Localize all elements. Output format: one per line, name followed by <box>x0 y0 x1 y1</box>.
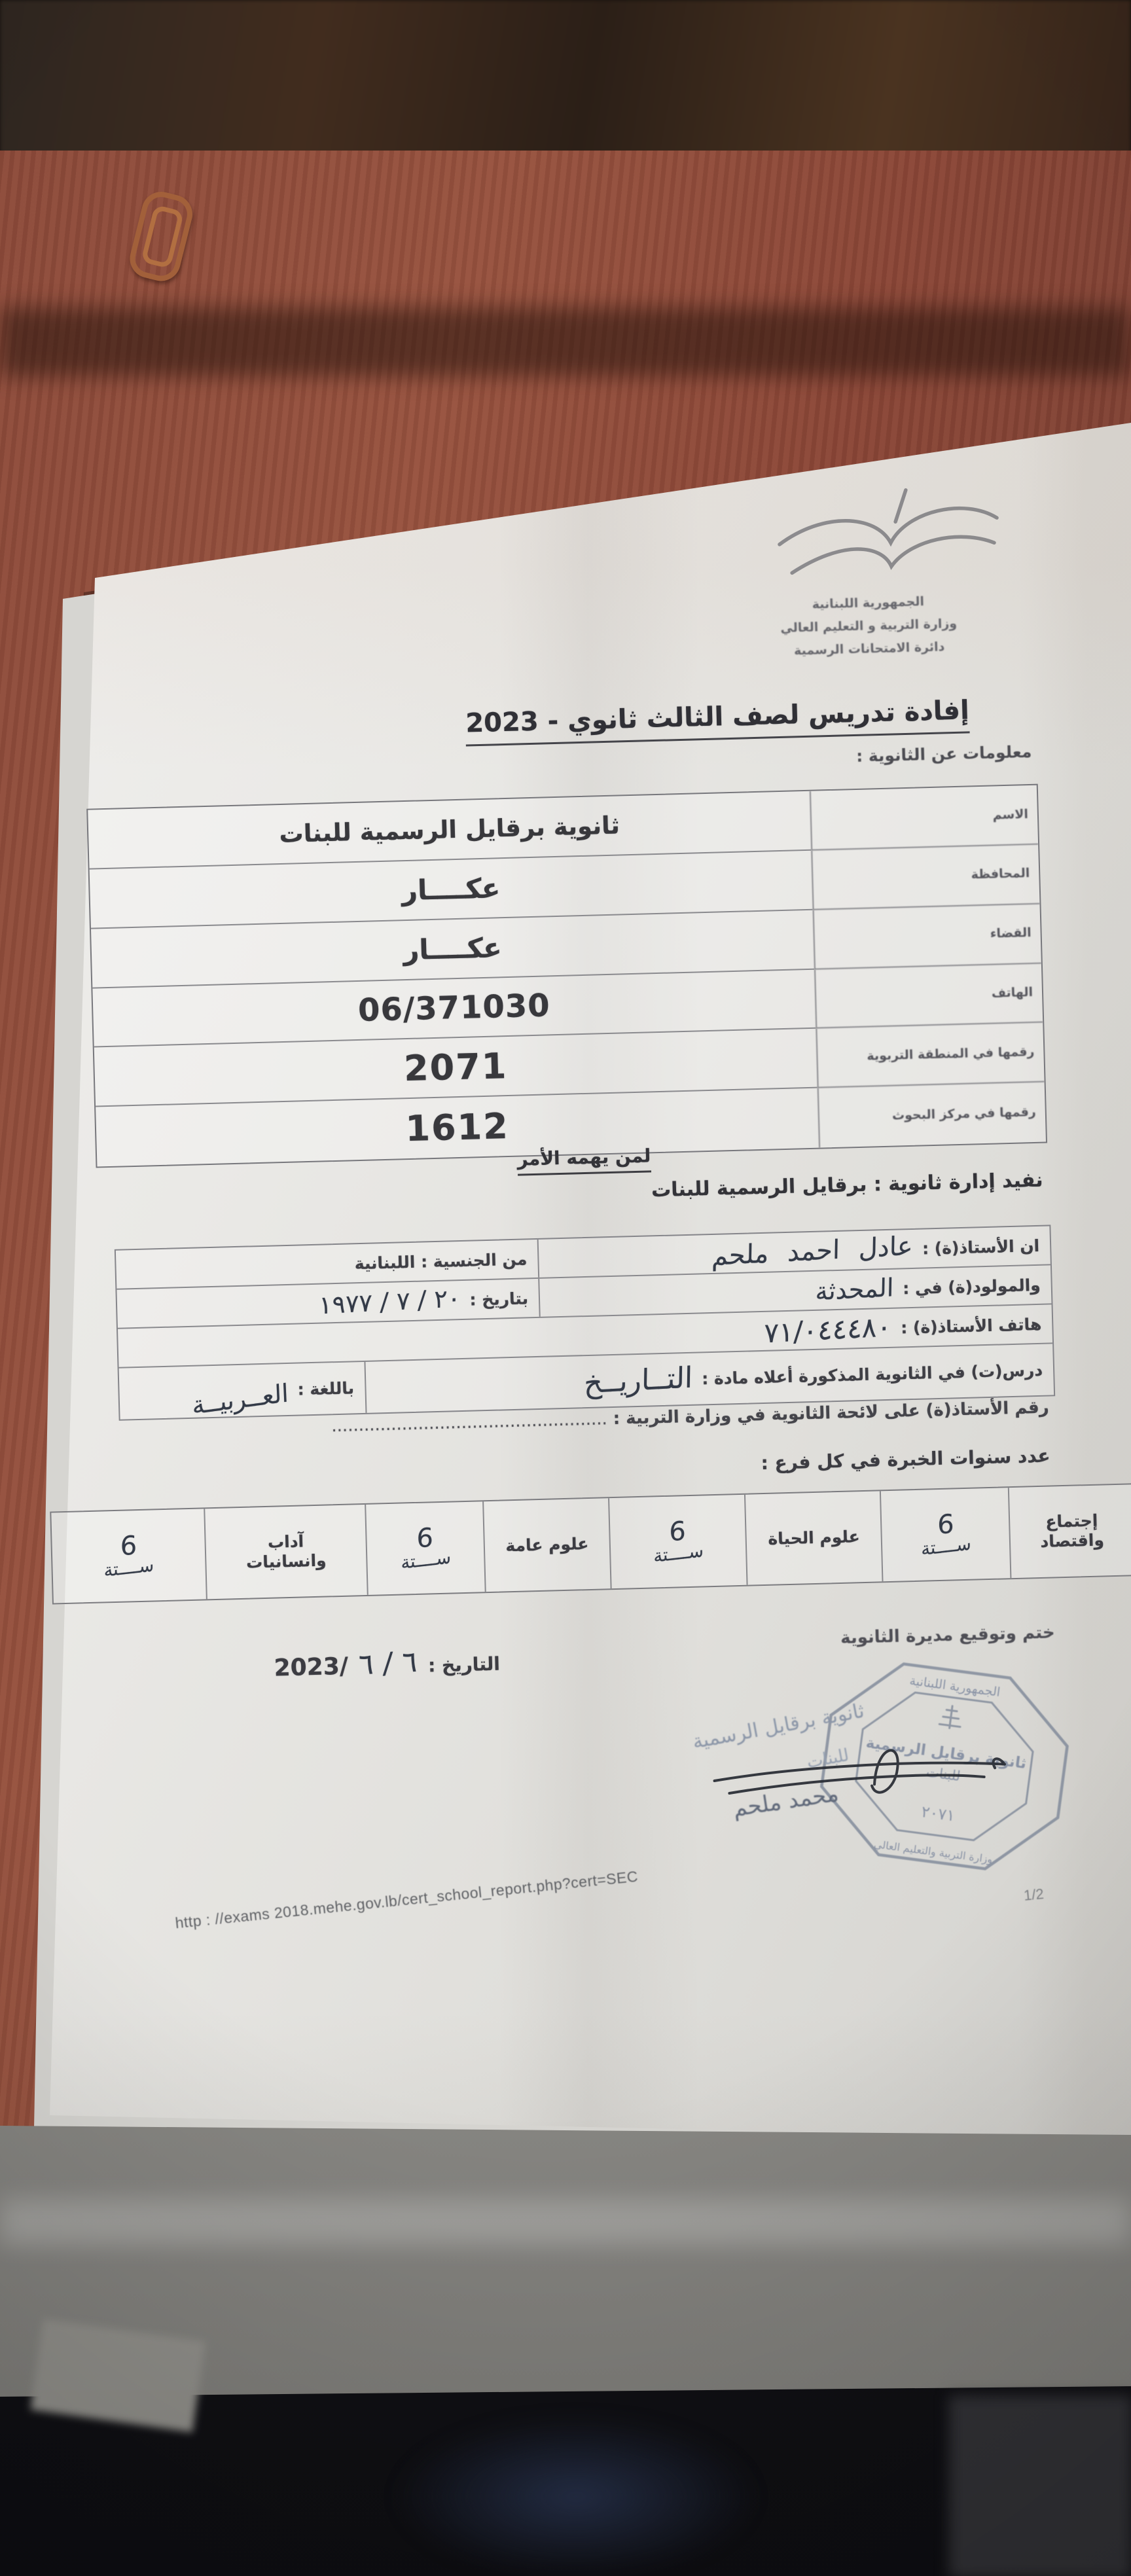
date-label: التاريخ : <box>428 1653 501 1677</box>
background-top <box>0 0 1131 173</box>
school-row-label: رقمها في مركز البحوث <box>817 1082 1046 1148</box>
teacher-subject-label: درس(ت) في الثانوية المذكورة أعلاه مادة : <box>702 1360 1043 1388</box>
teacher-language-label: باللغة : <box>297 1378 354 1399</box>
school-row-label: القضاء <box>813 904 1041 969</box>
document-title: إفادة تدريس لصف الثالث ثانوي - 2023 <box>465 695 970 746</box>
date-year: /2023 <box>274 1653 348 1682</box>
school-info-table: الاسم ثانوية برقايل الرسمية للبنات المحا… <box>86 784 1047 1168</box>
experience-years-word: ســــتة <box>921 1533 971 1560</box>
stamp-republic-text: الجمهورية اللبنانية <box>908 1673 1001 1700</box>
document-content: الجمهورية اللبنانية وزارة التربية و التع… <box>19 392 1131 2004</box>
teacher-birthplace-handwriting: المحدثة <box>815 1273 893 1306</box>
experience-years-word: ســــتة <box>104 1554 154 1581</box>
teacher-birthplace-label: والمولود(ة) في : <box>903 1275 1041 1298</box>
experience-branch: إجتماع واقتصاد <box>1039 1511 1104 1552</box>
experience-years-digit: 6 <box>120 1533 137 1558</box>
background-blue-fabric <box>393 2415 759 2576</box>
plastic-folder-sheen <box>0 2199 1131 2245</box>
teacher-birthdate-handwriting: ٢٠ / ٧ / ١٩٧٧ <box>318 1283 461 1319</box>
teacher-birthdate-label: بتاريخ : <box>469 1289 528 1309</box>
experience-years-digit: 6 <box>416 1526 433 1550</box>
ministry-logo <box>770 478 1009 596</box>
experience-years-digit: 6 <box>937 1512 954 1537</box>
teacher-phone-label: هاتف الأستاذ(ة) : <box>901 1314 1042 1337</box>
school-row-label: الاسم <box>810 785 1038 851</box>
experience-years-word: ســــتة <box>401 1547 451 1573</box>
teacher-name-label: ان الأستاذ(ة) : <box>922 1236 1040 1258</box>
desk-shadow-band <box>0 308 1131 376</box>
teacher-name-handwriting: عادل احمد ملحم <box>711 1231 913 1272</box>
photo-scene: الجمهورية اللبنانية وزارة التربية و التع… <box>0 0 1131 2576</box>
teacher-phone-handwriting: ٧١/٠٤٤٤٨٠ <box>764 1310 892 1349</box>
experience-years-cell: 6 ســــتة <box>880 1488 1010 1581</box>
experience-years-cell: 6 ســــتة <box>608 1495 747 1588</box>
page-indicator: 1/2 <box>1023 1886 1045 1905</box>
experience-branch: آداب وانسانيات <box>245 1531 327 1573</box>
experience-branch: علوم الحياة <box>768 1527 860 1549</box>
stamp-signature-label: ختم وتوقيع مديرة الثانوية <box>840 1622 1055 1648</box>
report-url: http : //exams 2018.mehe.gov.lb/cert_sch… <box>174 1868 639 1933</box>
experience-years-digit: 6 <box>669 1519 686 1543</box>
teacher-info-table: ان الأستاذ(ة) : عادل احمد ملحم من الجنسي… <box>115 1225 1055 1420</box>
school-info-heading: معلومات عن الثانوية : <box>856 742 1032 766</box>
experience-years-word: ســــتة <box>653 1541 704 1567</box>
teacher-language-handwriting: العــربيــة <box>191 1378 289 1420</box>
ministry-header: الجمهورية اللبنانية وزارة التربية و التع… <box>730 588 1007 664</box>
teacher-subject-handwriting: التــاريــخ <box>584 1361 693 1400</box>
date-line: التاريخ : ٦ / ٦ /2023 <box>274 1644 500 1683</box>
teacher-nationality-label: من الجنسية : اللبنانية <box>354 1249 527 1273</box>
school-row-label: رقمها في المنطقة التربوية <box>816 1023 1044 1088</box>
to-whom-heading: لمن يهمه الأمر <box>517 1145 651 1175</box>
experience-years-cell: 6 ســــتة <box>51 1509 206 1603</box>
certify-line: نفيد إدارة ثانوية : برقايل الرسمية للبنا… <box>651 1169 1043 1202</box>
date-handwriting: ٦ / ٦ <box>358 1645 418 1682</box>
background-dark-object <box>949 2395 1131 2576</box>
experience-table: إجتماع واقتصاد 6 ســــتة علوم الحياة 6 س… <box>50 1483 1131 1604</box>
experience-years-cell: 6 ســــتة <box>365 1501 485 1595</box>
school-row-label: الهاتف <box>814 963 1043 1029</box>
experience-branch: علوم عامة <box>505 1534 589 1556</box>
experience-heading: عدد سنوات الخبرة في كل فرع : <box>761 1445 1050 1475</box>
school-row-label: المحافظة <box>811 845 1039 910</box>
